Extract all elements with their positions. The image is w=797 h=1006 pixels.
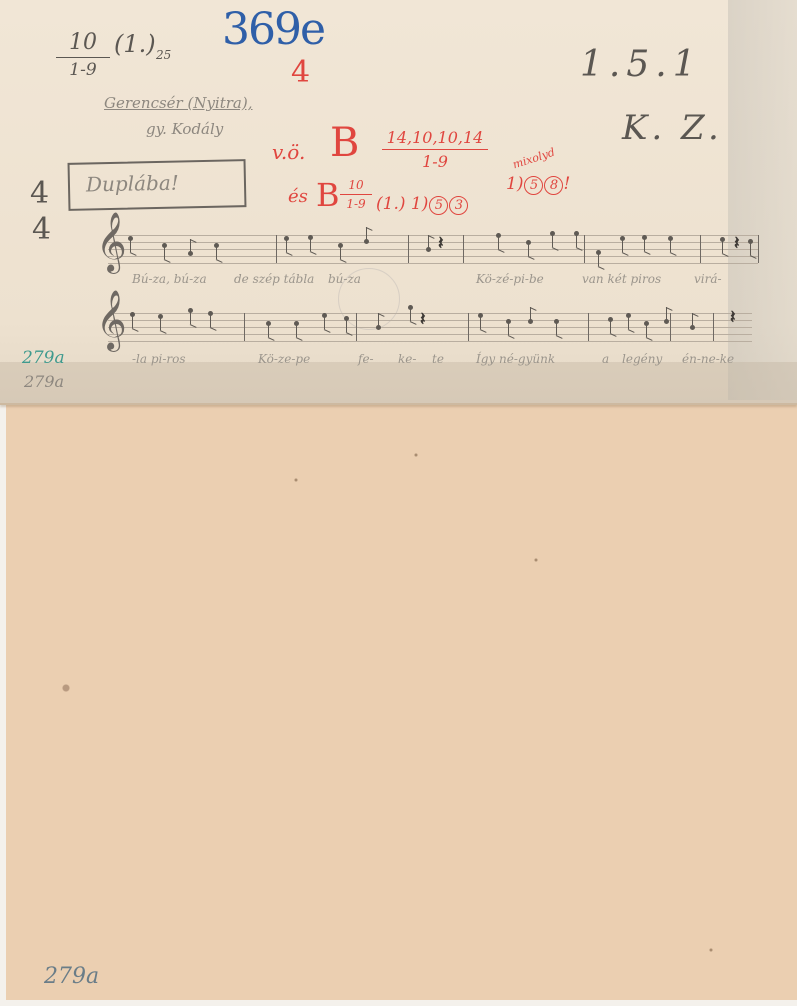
barline [463, 235, 464, 263]
lyric-syllables: virá- [694, 272, 722, 286]
note-flag [132, 328, 139, 332]
note-stem [346, 318, 347, 332]
barline [584, 235, 585, 263]
archive-number-teal: 279a [22, 348, 65, 368]
lyric-syllables: bú-za [328, 272, 361, 286]
lyric-syllables: legény [622, 352, 662, 366]
note-stem [552, 233, 553, 247]
note-stem [556, 321, 557, 335]
comparison-letter-1: B [330, 120, 359, 166]
note-stem [190, 239, 191, 253]
note-stem [670, 238, 671, 252]
barline [700, 235, 701, 263]
note-flag [324, 329, 331, 333]
comparison-denominator-2: 1-9 [340, 197, 372, 211]
date-code: 1.5.1 [580, 44, 702, 85]
note-flag [598, 266, 605, 270]
lyric-syllables: -la pi-ros [132, 352, 186, 366]
lyric-syllables: Kö-zé-pi-be [476, 272, 544, 286]
note-stem [528, 242, 529, 256]
lyric-syllables: Így né-gyünk [476, 352, 555, 366]
fraction-numerator: 10 [56, 30, 110, 55]
mode-cadence: 1)58! [506, 174, 570, 195]
note-stem [410, 307, 411, 321]
time-signature-top: 4 [30, 176, 49, 211]
note-stem [210, 313, 211, 327]
comparison-suffix-2: (1.) 1)53 [376, 194, 468, 215]
mode-prefix: 1) [506, 174, 523, 194]
lyric-syllables: te [432, 352, 444, 366]
time-signature-bottom: 4 [32, 212, 51, 247]
archive-number-pencil: 279a [24, 372, 64, 391]
mode-note: mixolyd [511, 146, 556, 172]
barline [588, 313, 589, 341]
note-stem [286, 238, 287, 252]
note-flag [628, 329, 635, 333]
barline [356, 313, 357, 341]
initials: K. Z. [622, 108, 723, 148]
barline [713, 313, 714, 341]
note-stem [576, 233, 577, 247]
note-stem [666, 307, 667, 321]
catalog-number-red-overwrite: 4 [291, 55, 310, 90]
note-stem [692, 313, 693, 327]
note-stem [480, 315, 481, 329]
note-stem [750, 241, 751, 255]
note-stem [428, 235, 429, 249]
performance-note-box: Duplába! [68, 159, 247, 211]
lyric-syllables: Bú-za, bú-za [132, 272, 207, 286]
barline [276, 235, 277, 263]
comparison-letter-2: B [316, 176, 340, 214]
comparison-numerator-1: 14,10,10,14 [382, 128, 488, 147]
comparison-denominator-1: 1-9 [382, 152, 488, 171]
circled-degree: 8 [544, 176, 563, 195]
lyric-syllables: én-ne-ke [682, 352, 734, 366]
note-stem [164, 245, 165, 259]
circled-degree: 5 [524, 176, 543, 195]
note-flag [480, 329, 487, 333]
rest-icon: 𝄽 [734, 233, 740, 254]
note-stem [378, 313, 379, 327]
note-stem [646, 323, 647, 337]
treble-clef-icon: 𝄞 [96, 216, 127, 268]
fraction-denominator: 1-9 [56, 60, 110, 80]
note-stem [610, 319, 611, 333]
rest-icon: 𝄽 [730, 307, 736, 328]
note-stem [296, 323, 297, 337]
note-stem [622, 238, 623, 252]
lyric-syllables: ke- [398, 352, 416, 366]
collector: gy. Kodály [146, 120, 223, 138]
music-staff-2: 𝄽𝄽 [108, 313, 752, 341]
fraction-subscript: 25 [156, 48, 171, 62]
rest-icon: 𝄽 [438, 233, 444, 254]
location: Gerencsér (Nyitra), [104, 94, 253, 112]
note-stem [508, 321, 509, 335]
note-flag [508, 335, 515, 339]
rest-icon: 𝄽 [420, 309, 426, 330]
manuscript-card: 10 1-9 (1.) 25 369e 4 Gerencsér (Nyitra)… [0, 0, 797, 405]
note-stem [598, 252, 599, 266]
note-stem [268, 323, 269, 337]
barline [758, 235, 759, 263]
comparison-fraction-1: 14,10,10,14 1-9 [382, 128, 488, 171]
note-stem [340, 245, 341, 259]
note-stem [722, 239, 723, 253]
note-stem [190, 310, 191, 324]
fraction-suffix: (1.) [114, 30, 156, 58]
lyric-syllables: a [602, 352, 609, 366]
comparison-numerator-2: 10 [340, 178, 372, 192]
comparison-suffix-text: (1.) 1) [376, 194, 428, 214]
barline [408, 235, 409, 263]
circled-degree: 5 [429, 196, 448, 215]
lyric-syllables: fe- [358, 352, 374, 366]
note-flag [644, 251, 651, 255]
lyric-syllables: van két piros [582, 272, 661, 286]
note-flag [556, 335, 563, 339]
lyric-syllables: de szép tábla [234, 272, 314, 286]
note-stem [324, 315, 325, 329]
treble-clef-icon: 𝄞 [96, 294, 127, 346]
performance-note: Duplába! [86, 171, 179, 197]
note-stem [498, 235, 499, 249]
music-staff-1: 𝄽𝄽 [108, 235, 758, 263]
note-stem [530, 307, 531, 321]
note-stem [366, 227, 367, 241]
note-stem [130, 238, 131, 252]
circled-degree: 3 [449, 196, 468, 215]
note-stem [628, 315, 629, 329]
comparison-prefix-2: és [288, 186, 308, 207]
barline [244, 313, 245, 341]
note-flag [410, 321, 417, 325]
note-stem [160, 316, 161, 330]
note-stem [132, 314, 133, 328]
comparison-prefix-1: v.ö. [272, 140, 305, 164]
classification-fraction: 10 1-9 [56, 30, 110, 80]
note-stem [644, 237, 645, 251]
card-bottom-shadow [0, 362, 797, 403]
note-flag [310, 251, 317, 255]
comparison-fraction-2: 10 1-9 [340, 178, 372, 211]
barline [670, 313, 671, 341]
note-stem [310, 237, 311, 251]
barline [468, 313, 469, 341]
exclamation-mark: ! [563, 174, 570, 194]
catalog-number: 369e [222, 4, 324, 55]
lyric-syllables: Kö-ze-pe [258, 352, 310, 366]
note-stem [216, 245, 217, 259]
archive-number-bottom: 279a [44, 964, 99, 989]
